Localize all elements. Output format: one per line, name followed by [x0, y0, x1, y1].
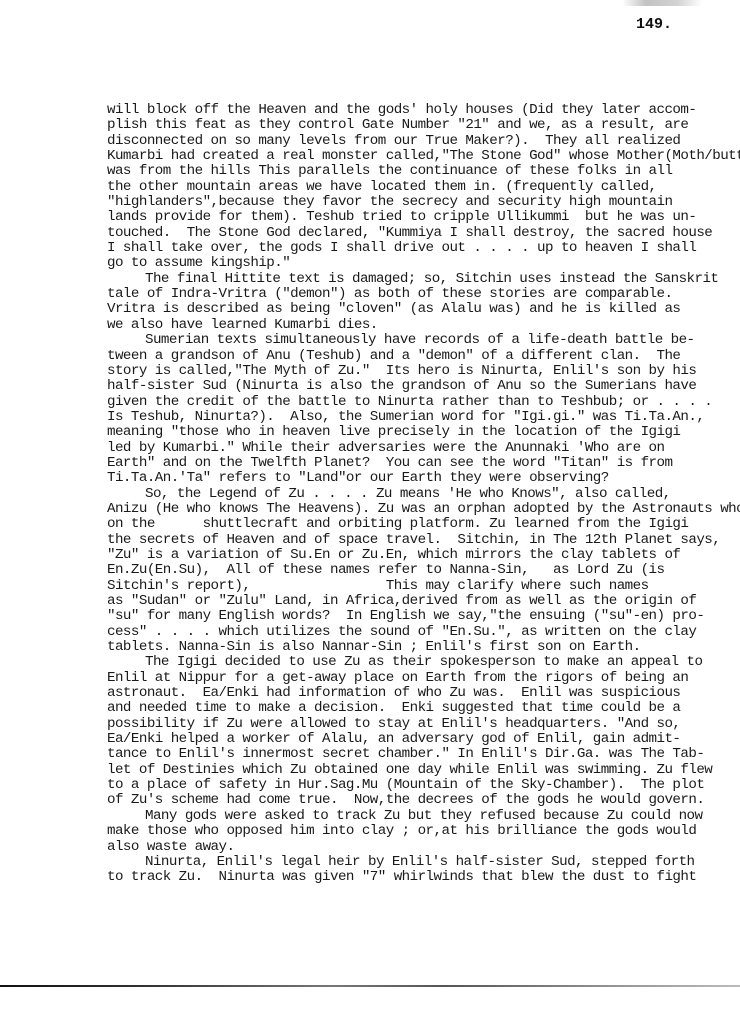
text-line: go to assume kingship."	[107, 256, 740, 271]
text-line: tablets. Nanna-Sin is also Nannar-Sin ; …	[107, 640, 740, 655]
text-line: and needed time to make a decision. Enki…	[107, 701, 740, 716]
text-line: Anizu (He who knows The Heavens). Zu was…	[107, 502, 740, 517]
text-line: "highlanders",because they favor the sec…	[107, 195, 740, 210]
text-line: "su" for many English words? In English …	[107, 609, 740, 624]
text-line: Sumerian texts simultaneously have recor…	[107, 333, 740, 348]
text-line: The final Hittite text is damaged; so, S…	[107, 272, 740, 287]
text-line: on the shuttlecraft and orbiting platfor…	[107, 517, 740, 532]
text-line: of Zu's scheme had come true. Now,the de…	[107, 793, 740, 808]
text-line: led by Kumarbi." While their adversaries…	[107, 441, 740, 456]
page-bottom-rule	[0, 985, 740, 987]
text-line: let of Destinies which Zu obtained one d…	[107, 763, 740, 778]
text-line: we also have learned Kumarbi dies.	[107, 318, 740, 333]
text-line: the secrets of Heaven and of space trave…	[107, 533, 740, 548]
text-line: Ea/Enki helped a worker of Alalu, an adv…	[107, 732, 740, 747]
page-number: 149.	[636, 16, 672, 33]
text-line: the other mountain areas we have located…	[107, 180, 740, 195]
text-line: "Zu" is a variation of Su.En or Zu.En, w…	[107, 548, 740, 563]
text-line: make those who opposed him into clay ; o…	[107, 824, 740, 839]
text-line: Many gods were asked to track Zu but the…	[107, 809, 740, 824]
text-line: will block off the Heaven and the gods' …	[107, 103, 740, 118]
scan-artifact	[622, 0, 702, 6]
text-line: meaning "those who in heaven live precis…	[107, 425, 740, 440]
text-line: Is Teshub, Ninurta?). Also, the Sumerian…	[107, 410, 740, 425]
text-line: disconnected on so many levels from our …	[107, 134, 740, 149]
text-line: tance to Enlil's innermost secret chambe…	[107, 747, 740, 762]
text-line: Sitchin's report), This may clarify wher…	[107, 579, 740, 594]
text-line: tween a grandson of Anu (Teshub) and a "…	[107, 349, 740, 364]
text-line: to a place of safety in Hur.Sag.Mu (Moun…	[107, 778, 740, 793]
text-line: given the credit of the battle to Ninurt…	[107, 395, 740, 410]
text-line: touched. The Stone God declared, "Kummiy…	[107, 226, 740, 241]
text-line: Enlil at Nippur for a get-away place on …	[107, 671, 740, 686]
document-body: will block off the Heaven and the gods' …	[107, 103, 740, 886]
text-line: possibility if Zu were allowed to stay a…	[107, 717, 740, 732]
text-line: Ti.Ta.An.'Ta" refers to "Land"or our Ear…	[107, 471, 740, 486]
text-line: astronaut. Ea/Enki had information of wh…	[107, 686, 740, 701]
text-line: lands provide for them). Teshub tried to…	[107, 210, 740, 225]
text-line: half-sister Sud (Ninurta is also the gra…	[107, 379, 740, 394]
text-line: tale of Indra-Vritra ("demon") as both o…	[107, 287, 740, 302]
text-line: I shall take over, the gods I shall driv…	[107, 241, 740, 256]
text-line: Ninurta, Enlil's legal heir by Enlil's h…	[107, 855, 740, 870]
text-line: also waste away.	[107, 840, 740, 855]
text-line: story is called,"The Myth of Zu." Its he…	[107, 364, 740, 379]
text-line: En.Zu(En.Su), All of these names refer t…	[107, 563, 740, 578]
text-line: cess" . . . . which utilizes the sound o…	[107, 625, 740, 640]
text-line: to track Zu. Ninurta was given "7" whirl…	[107, 870, 740, 885]
text-line: Earth" and on the Twelfth Planet? You ca…	[107, 456, 740, 471]
text-line: Kumarbi had created a real monster calle…	[107, 149, 740, 164]
text-line: So, the Legend of Zu . . . . Zu means 'H…	[107, 487, 740, 502]
text-line: Vritra is described as being "cloven" (a…	[107, 302, 740, 317]
text-line: was from the hills This parallels the co…	[107, 164, 740, 179]
text-line: plish this feat as they control Gate Num…	[107, 118, 740, 133]
text-line: as "Sudan" or "Zulu" Land, in Africa,der…	[107, 594, 740, 609]
text-line: The Igigi decided to use Zu as their spo…	[107, 655, 740, 670]
